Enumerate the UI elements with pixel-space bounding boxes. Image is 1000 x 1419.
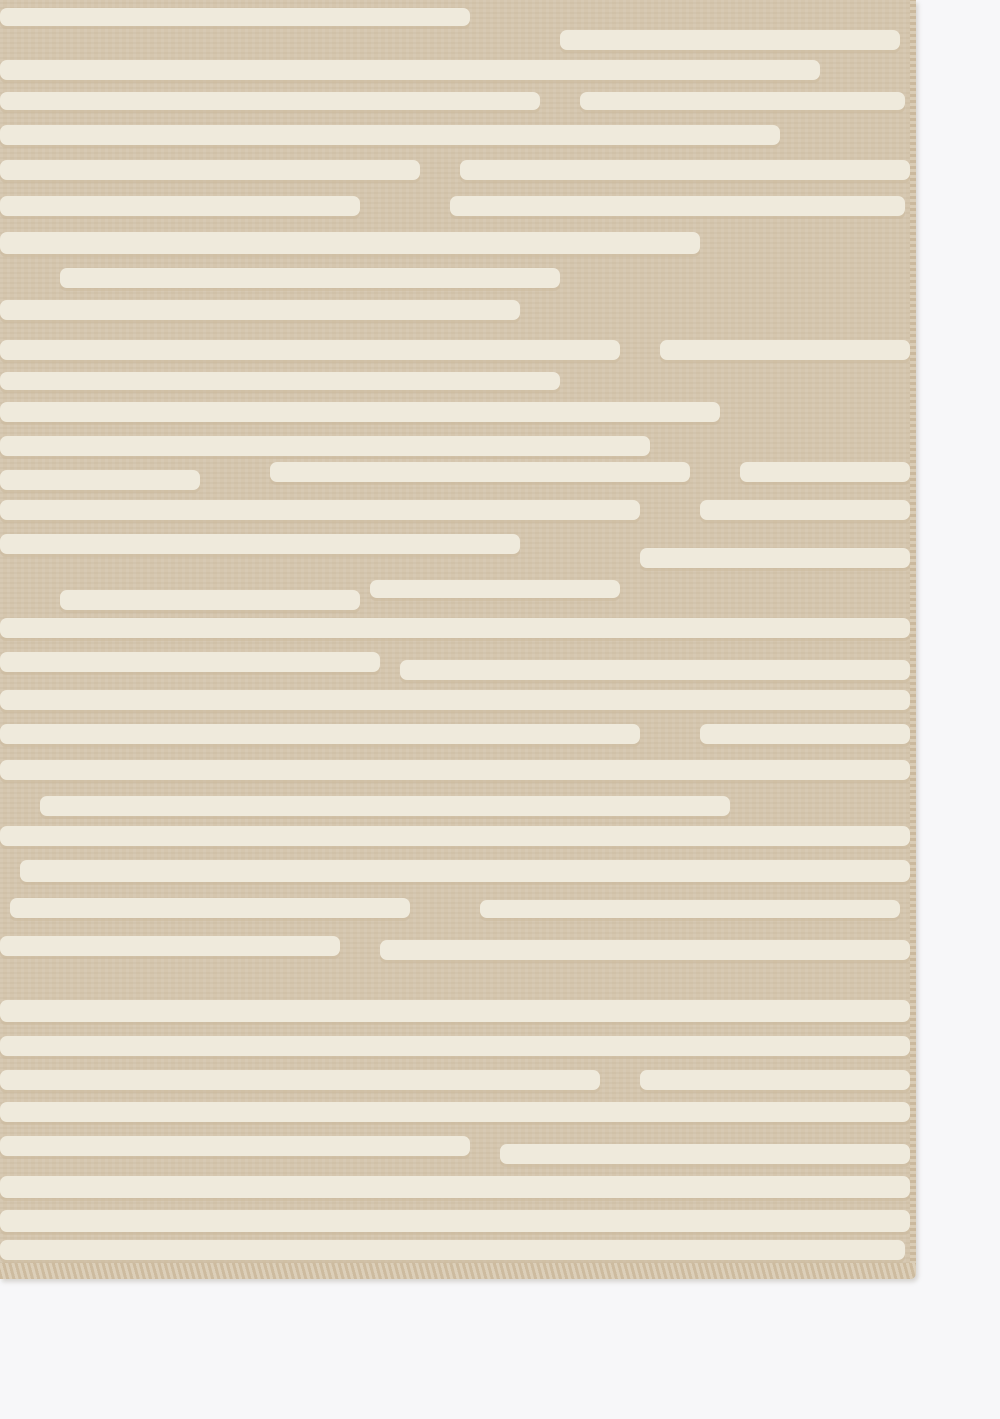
rug-right-binding bbox=[910, 0, 916, 1279]
rug bbox=[0, 0, 916, 1279]
pile-stripes bbox=[0, 0, 916, 1279]
rug-bottom-binding bbox=[0, 1263, 916, 1279]
rug-photo bbox=[0, 0, 1000, 1419]
